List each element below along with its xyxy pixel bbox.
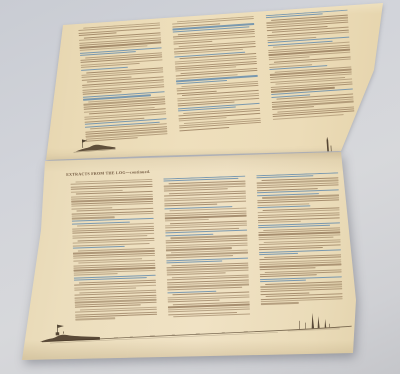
lower-page-edge-shading xyxy=(0,0,400,374)
lower-page: EXTRACTS FROM THE LOG—continued. xyxy=(0,0,400,374)
photo-background: EXTRACTS FROM THE LOG—continued. xyxy=(0,0,400,374)
lower-page-shadow: EXTRACTS FROM THE LOG—continued. xyxy=(0,0,400,374)
